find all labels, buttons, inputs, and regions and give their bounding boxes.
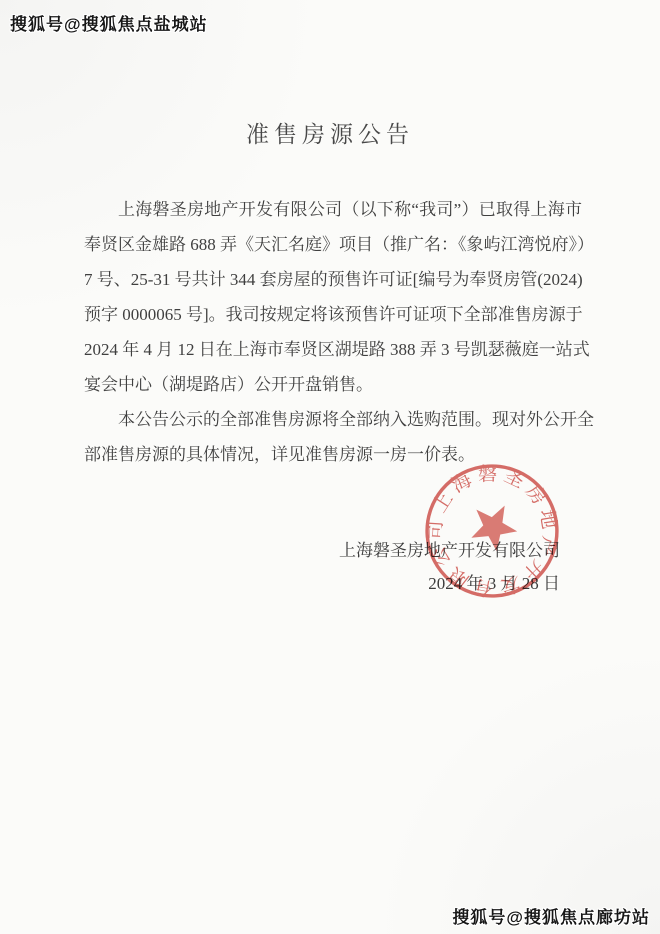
body-line: 本公告公示的全部准售房源将全部纳入选购范围。现对外公开全 bbox=[84, 402, 582, 437]
body-line: 奉贤区金雄路 688 弄《天汇名庭》项目（推广名：《象屿江湾悦府》） bbox=[84, 227, 582, 262]
page-title: 准售房源公告 bbox=[0, 116, 660, 149]
company-seal: 上海磐圣房地产开发有限公司 bbox=[421, 460, 563, 602]
body-line: 7 号、25-31 号共计 344 套房屋的预售许可证[编号为奉贤房管(2024… bbox=[84, 262, 582, 297]
body-line: 上海磐圣房地产开发有限公司（以下称“我司”）已取得上海市 bbox=[84, 192, 582, 227]
star-icon bbox=[464, 495, 526, 556]
announcement-page: 搜狐号@搜狐焦点盐城站 准售房源公告 上海磐圣房地产开发有限公司（以下称“我司”… bbox=[0, 0, 660, 934]
watermark-bottom-right: 搜狐号@搜狐焦点廊坊站 bbox=[452, 903, 650, 928]
body-line: 2024 年 4 月 12 日在上海市奉贤区湖堤路 388 弄 3 号凯瑟薇庭一… bbox=[84, 332, 582, 367]
body-line: 宴会中心（湖堤路店）公开开盘销售。 bbox=[84, 367, 582, 402]
document-body: 上海磐圣房地产开发有限公司（以下称“我司”）已取得上海市 奉贤区金雄路 688 … bbox=[84, 192, 582, 472]
body-line: 预字 0000065 号]。我司按规定将该预售许可证项下全部准售房源于 bbox=[84, 297, 582, 332]
watermark-top-left: 搜狐号@搜狐焦点盐城站 bbox=[10, 10, 208, 35]
